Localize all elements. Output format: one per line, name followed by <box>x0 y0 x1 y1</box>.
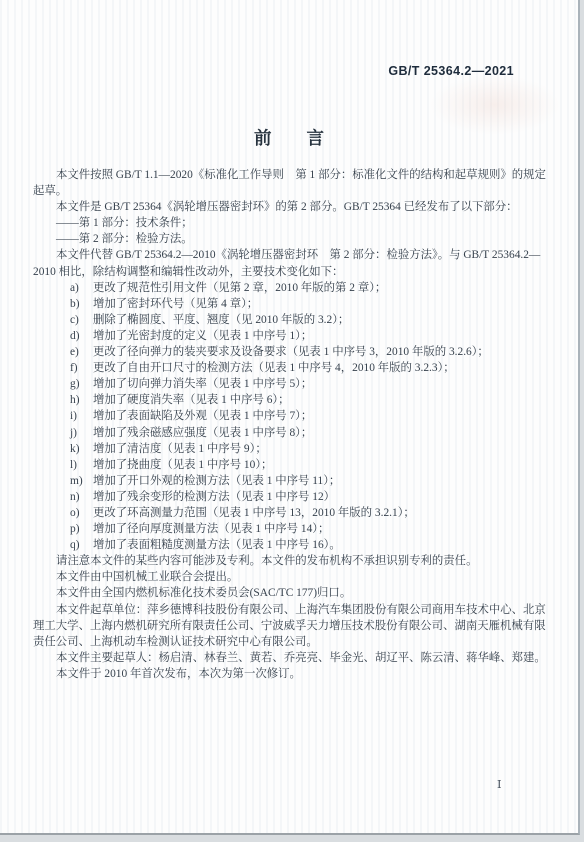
text-line: 本文件由全国内燃机标准化技术委员会(SAC/TC 177)归口。 <box>33 585 512 601</box>
text-line: 本文件按照 GB/T 1.1—2020《标准化工作导则 第 1 部分：标准化文件… <box>33 167 512 183</box>
list-item-text: 更改了规范性引用文件（见第 2 章，2010 年版的第 2 章）； <box>33 280 386 296</box>
list-item-label: f) <box>70 360 78 376</box>
list-item-label: m) <box>70 473 83 489</box>
list-item-label: q) <box>70 537 80 553</box>
change-list-line: c)删除了椭圆度、平度、翘度（见 2010 年版的 3.2）； <box>33 312 512 328</box>
foreword-paragraphs: 本文件按照 GB/T 1.1—2020《标准化工作导则 第 1 部分：标准化文件… <box>33 167 512 682</box>
list-item-text: 更改了径向弹力的装夹要求及设备要求（见表 1 中序号 3，2010 年版的 3.… <box>33 344 489 360</box>
change-list-line: b)增加了密封环代号（见第 4 章）； <box>33 296 512 312</box>
standard-code: GB/T 25364.2—2021 <box>388 64 514 78</box>
list-item-text: 增加了清洁度（见表 1 中序号 9）； <box>33 441 267 457</box>
page-title: 前 言 <box>50 125 528 150</box>
list-item-text: 删除了椭圆度、平度、翘度（见 2010 年版的 3.2）； <box>33 312 349 328</box>
list-item-label: a) <box>70 280 79 296</box>
change-list-line: i)增加了表面缺陷及外观（见表 1 中序号 7）； <box>33 408 512 424</box>
list-item-label: h) <box>70 392 80 408</box>
text-line: 本文件主要起草人：杨启清、林春兰、黄若、乔亮亮、毕金光、胡辽平、陈云清、蒋华峰、… <box>33 650 512 666</box>
text-line: 本文件是 GB/T 25364《涡轮增压器密封环》的第 2 部分。GB/T 25… <box>33 199 512 215</box>
change-list-line: a)更改了规范性引用文件（见第 2 章，2010 年版的第 2 章）； <box>33 280 512 296</box>
change-list-line: j)增加了残余磁感应强度（见表 1 中序号 8）； <box>33 425 512 441</box>
list-item-label: p) <box>70 521 80 537</box>
list-item-label: e) <box>70 344 79 360</box>
change-list-line: q)增加了表面粗糙度测量方法（见表 1 中序号 16）。 <box>33 537 512 553</box>
list-item-label: o) <box>70 505 80 521</box>
change-list-line: f)更改了自由开口尺寸的检测方法（见表 1 中序号 4，2010 年版的 3.2… <box>33 360 512 376</box>
text-line: ——第 2 部分：检验方法。 <box>33 231 512 247</box>
change-list-line: l)增加了挠曲度（见表 1 中序号 10）； <box>33 457 512 473</box>
text-line: 本文件起草单位：萍乡德博科技股份有限公司、上海汽车集团股份有限公司商用车技术中心… <box>33 602 512 618</box>
change-list-line: g)增加了切向弹力消失率（见表 1 中序号 5）； <box>33 376 512 392</box>
list-item-text: 增加了挠曲度（见表 1 中序号 10）； <box>33 457 272 473</box>
change-list-line: d)增加了光密封度的定义（见表 1 中序号 1）； <box>33 328 512 344</box>
list-item-label: g) <box>70 376 80 392</box>
list-item-label: c) <box>70 312 79 328</box>
text-line: 本文件代替 GB/T 25364.2—2010《涡轮增压器密封环 第 2 部分：… <box>33 247 512 263</box>
change-list-line: o)更改了环高测量力范围（见表 1 中序号 13，2010 年版的 3.2.1）… <box>33 505 512 521</box>
change-list-line: n)增加了残余变形的检测方法（见表 1 中序号 12） <box>33 489 512 505</box>
list-item-label: l) <box>70 457 77 473</box>
text-line: 责任公司、上海机动车检测认证技术研究中心有限公司。 <box>33 634 512 650</box>
page-number: Ⅰ <box>497 777 502 791</box>
text-line: ——第 1 部分：技术条件； <box>33 215 512 231</box>
text-line: 2010 相比，除结构调整和编辑性改动外，主要技术变化如下： <box>33 264 512 280</box>
change-list-line: p)增加了径向厚度测量方法（见表 1 中序号 14）； <box>33 521 512 537</box>
change-list-line: e)更改了径向弹力的装夹要求及设备要求（见表 1 中序号 3，2010 年版的 … <box>33 344 512 360</box>
text-line: 本文件由中国机械工业联合会提出。 <box>33 569 512 585</box>
scanned-page: GB/T 25364.2—2021 前 言 本文件按照 GB/T 1.1—202… <box>0 0 580 835</box>
change-list-line: h)增加了硬度消失率（见表 1 中序号 6）； <box>33 392 512 408</box>
change-list-line: k)增加了清洁度（见表 1 中序号 9）； <box>33 441 512 457</box>
text-line: 起草。 <box>33 183 512 199</box>
list-item-text: 增加了密封环代号（见第 4 章）； <box>33 296 258 312</box>
list-item-label: j) <box>70 425 77 441</box>
change-list-line: m)增加了开口外观的检测方法（见表 1 中序号 11）； <box>33 473 512 489</box>
list-item-text: 更改了环高测量力范围（见表 1 中序号 13，2010 年版的 3.2.1）； <box>33 505 415 521</box>
list-item-label: d) <box>70 328 80 344</box>
text-line: 请注意本文件的某些内容可能涉及专利。本文件的发布机构不承担识别专利的责任。 <box>33 553 512 569</box>
list-item-label: k) <box>70 441 80 457</box>
text-line: 本文件于 2010 年首次发布，本次为第一次修订。 <box>33 666 512 682</box>
text-line: 理工大学、上海内燃机研究所有限责任公司、宁波威孚天力增压技术股份有限公司、湖南天… <box>33 618 512 634</box>
list-item-label: b) <box>70 296 80 312</box>
list-item-label: n) <box>70 489 80 505</box>
list-item-label: i) <box>70 408 77 424</box>
list-item-text: 更改了自由开口尺寸的检测方法（见表 1 中序号 4，2010 年版的 3.2.3… <box>33 360 455 376</box>
